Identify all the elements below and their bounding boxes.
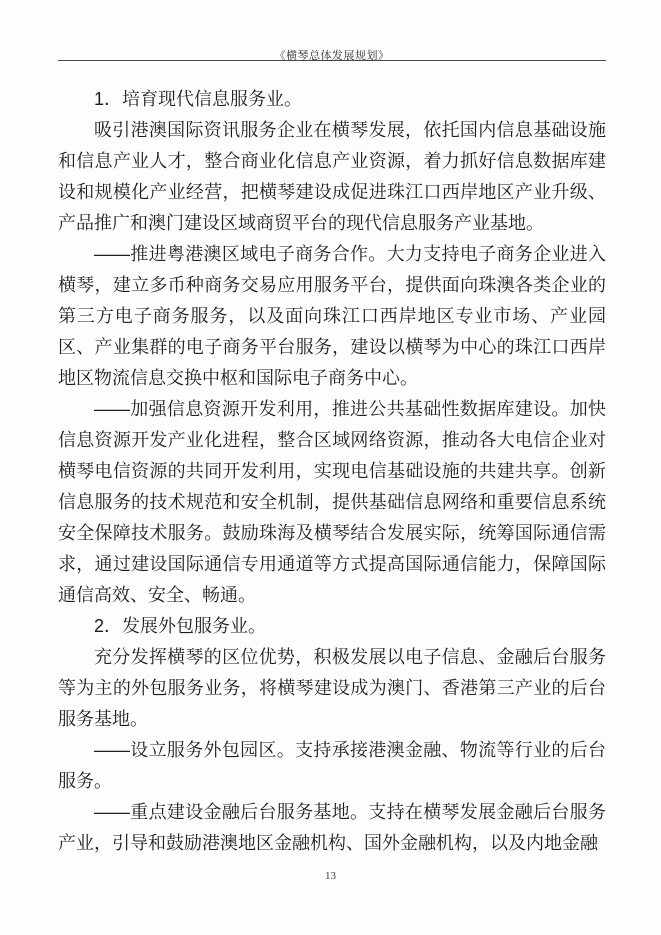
paragraph: ——推进粤港澳区域电子商务合作。大力支持电子商务企业进入横琴，建立多币种商务交易… (58, 239, 606, 394)
paragraph: ——设立服务外包园区。支持承接港澳金融、物流等行业的后台服务。 (58, 735, 606, 797)
page-number: 13 (325, 870, 336, 882)
paragraph: ——重点建设金融后台服务基地。支持在横琴发展金融后台服务产业，引导和鼓励港澳地区… (58, 797, 606, 859)
page-footer: 13 (0, 866, 661, 884)
section-heading: 2．发展外包服务业。 (58, 611, 606, 642)
section-heading: 1．培育现代信息服务业。 (58, 84, 606, 115)
paragraph: ——加强信息资源开发利用，推进公共基础性数据库建设。加快信息资源开发产业化进程，… (58, 394, 606, 611)
header-rule (58, 60, 606, 61)
page-header: 《横琴总体发展规划》 (58, 46, 606, 64)
document-body: 1．培育现代信息服务业。吸引港澳国际资讯服务企业在横琴发展，依托国内信息基础设施… (58, 84, 606, 859)
paragraph: 充分发挥横琴的区位优势，积极发展以电子信息、金融后台服务等为主的外包服务业务，将… (58, 642, 606, 735)
paragraph: 吸引港澳国际资讯服务企业在横琴发展，依托国内信息基础设施和信息产业人才，整合商业… (58, 115, 606, 239)
document-page: 《横琴总体发展规划》 1．培育现代信息服务业。吸引港澳国际资讯服务企业在横琴发展… (0, 0, 661, 935)
